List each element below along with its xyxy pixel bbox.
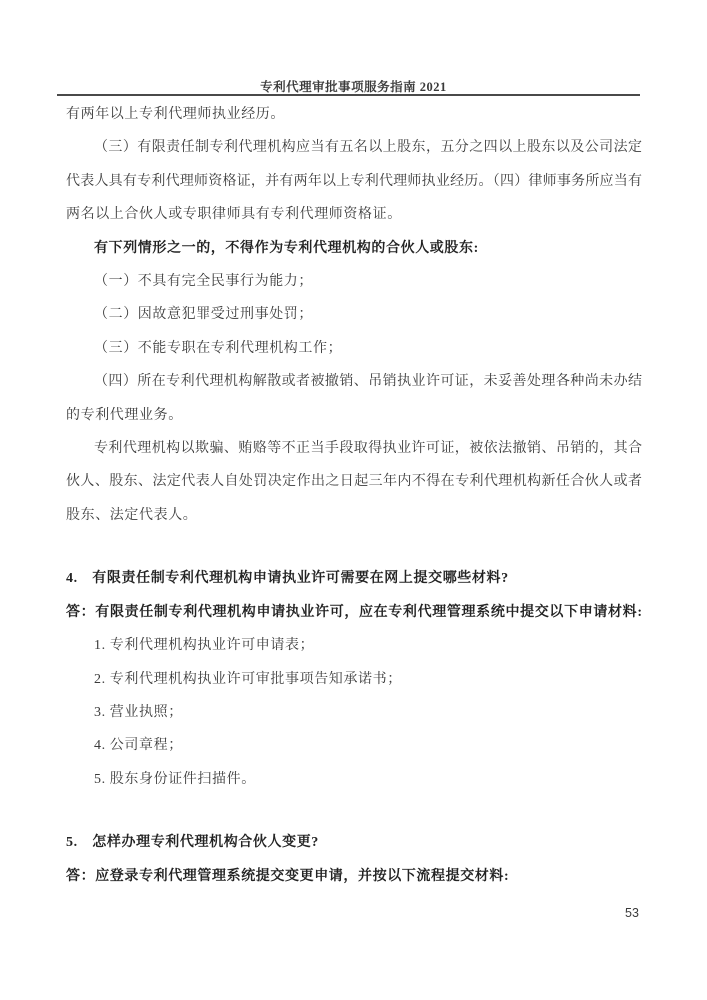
paragraph-line: 股东、法定代表人。	[66, 499, 642, 532]
paragraph-line: （三）有限责任制专利代理机构应当有五名以上股东，五分之四以上股东以及公司法定	[66, 131, 642, 164]
material-item: 5. 股东身份证件扫描件。	[66, 763, 642, 796]
paragraph-line: 伙人、股东、法定代表人自处罚决定作出之日起三年内不得在专利代理机构新任合伙人或者	[66, 465, 642, 498]
answer-line: 答：应登录专利代理管理系统提交变更申请，并按以下流程提交材料:	[66, 860, 642, 893]
paragraph-line: 专利代理机构以欺骗、贿赂等不正当手段取得执业许可证，被依法撤销、吊销的，其合	[66, 432, 642, 465]
material-item: 4. 公司章程；	[66, 729, 642, 762]
document-body: 有两年以上专利代理师执业经历。（三）有限责任制专利代理机构应当有五名以上股东，五…	[66, 98, 642, 893]
paragraph-line: 代表人具有专利代理师资格证，并有两年以上专利代理师执业经历。（四）律师事务所应当…	[66, 165, 642, 198]
material-item: 2. 专利代理机构执业许可审批事项告知承诺书；	[66, 663, 642, 696]
subheading-line: 有下列情形之一的，不得作为专利代理机构的合伙人或股东:	[66, 232, 642, 265]
running-header-title: 专利代理审批事项服务指南 2021	[0, 77, 707, 95]
material-item: 3. 营业执照；	[66, 696, 642, 729]
page-number: 53	[610, 906, 654, 920]
numbered-condition: （三）不能专职在专利代理机构工作；	[66, 332, 642, 365]
question-heading: 5. 怎样办理专利代理机构合伙人变更?	[66, 826, 642, 859]
answer-line: 答：有限责任制专利代理机构申请执业许可，应在专利代理管理系统中提交以下申请材料:	[66, 596, 642, 629]
document-page: 专利代理审批事项服务指南 2021 有两年以上专利代理师执业经历。（三）有限责任…	[0, 0, 707, 1000]
question-heading: 4. 有限责任制专利代理机构申请执业许可需要在网上提交哪些材料?	[66, 562, 642, 595]
paragraph-line: 的专利代理业务。	[66, 399, 642, 432]
header-rule	[57, 94, 640, 96]
material-item: 1. 专利代理机构执业许可申请表；	[66, 629, 642, 662]
numbered-condition: （四）所在专利代理机构解散或者被撤销、吊销执业许可证，未妥善处理各种尚未办结	[66, 365, 642, 398]
numbered-condition: （一）不具有完全民事行为能力；	[66, 265, 642, 298]
paragraph-line: 两名以上合伙人或专职律师具有专利代理师资格证。	[66, 198, 642, 231]
paragraph-line: 有两年以上专利代理师执业经历。	[66, 98, 642, 131]
numbered-condition: （二）因故意犯罪受过刑事处罚；	[66, 298, 642, 331]
